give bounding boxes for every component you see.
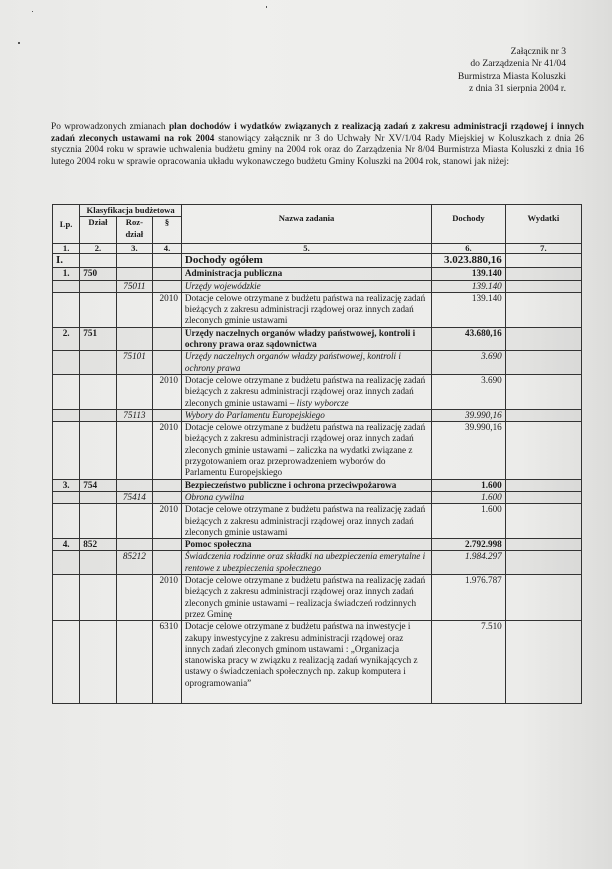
cell-wydatki (505, 409, 581, 421)
cell-lp (53, 351, 80, 375)
cell-paragraf: 2010 (153, 504, 182, 539)
table-row-dzial: 4.852Pomoc społeczna2.792.998 (53, 539, 582, 551)
cell-rozdzial (116, 374, 152, 409)
col-number: 2. (80, 244, 116, 254)
cell-wydatki (505, 621, 581, 704)
cell-paragraf: 2010 (153, 422, 182, 479)
cell-rozdzial (116, 479, 152, 491)
cell-rozdzial: 75113 (116, 409, 152, 421)
cell-dzial (80, 575, 116, 621)
cell-dzial (80, 374, 116, 409)
table-row-rozdzial: 85212Świadczenia rodzinne oraz składki n… (53, 551, 582, 575)
cell-paragraf (153, 409, 182, 421)
cell-dzial (80, 409, 116, 421)
cell-name: Wybory do Parlamentu Europejskiego (181, 409, 431, 421)
cell-dochody: 3.690 (432, 374, 506, 409)
cell-wydatki (505, 575, 581, 621)
task-name: Dotacje celowe otrzymane z budżetu państ… (185, 422, 425, 477)
cell-rozdzial (116, 539, 152, 551)
cell-dzial (80, 280, 116, 292)
cell-dzial (80, 292, 116, 327)
column-number-row: 1. 2. 3. 4. 5. 6. 7. (53, 244, 582, 254)
cell-dochody: 1.600 (432, 479, 506, 491)
task-name: Pomoc społeczna (185, 539, 252, 549)
header-nazwa: Nazwa zadania (181, 205, 431, 244)
task-name: Dotacje celowe otrzymane z budżetu państ… (185, 621, 418, 687)
budget-table: Lp. Klasyfikacja budżetowa Nazwa zadania… (52, 204, 582, 704)
cell-dochody: 3.690 (432, 351, 506, 375)
table-row-dzial: 1.750Administracja publiczna139.140 (53, 268, 582, 280)
cell-paragraf: 6310 (153, 621, 182, 704)
cell-dzial: 754 (80, 479, 116, 491)
header-lp: Lp. (53, 205, 80, 244)
cell-dochody: 139.140 (432, 268, 506, 280)
task-name: Obrona cywilna (185, 492, 244, 502)
cell-lp (53, 504, 80, 539)
table-row-paragraf: 2010Dotacje celowe otrzymane z budżetu p… (53, 292, 582, 327)
intro-paragraph: Po wprowadzonych zmianach plan dochodów … (51, 122, 584, 168)
table-row-dzial: 2.751Urzędy naczelnych organów władzy pa… (53, 327, 582, 351)
cell-paragraf: 2010 (153, 575, 182, 621)
cell-rozdzial: 75011 (116, 280, 152, 292)
cell-rozdzial (116, 292, 152, 327)
cell-empty (116, 254, 152, 268)
cell-wydatki (505, 551, 581, 575)
total-dochody: 3.023.880,16 (432, 254, 506, 268)
cell-dzial (80, 491, 116, 503)
cell-wydatki (505, 491, 581, 503)
total-wydatki (505, 254, 581, 268)
cell-dochody: 2.792.998 (432, 539, 506, 551)
cell-dochody: 139.140 (432, 280, 506, 292)
task-name: Wybory do Parlamentu Europejskiego (185, 410, 325, 420)
cell-lp (53, 280, 80, 292)
cell-rozdzial (116, 575, 152, 621)
cell-wydatki (505, 292, 581, 327)
header-line: z dnia 31 sierpnia 2004 r. (458, 83, 566, 95)
cell-rozdzial (116, 268, 152, 280)
cell-rozdzial (116, 327, 152, 351)
cell-name: Dotacje celowe otrzymane z budżetu państ… (181, 292, 431, 327)
cell-paragraf (153, 539, 182, 551)
header-line: Załącznik nr 3 (458, 46, 566, 58)
cell-lp: 2. (53, 327, 80, 351)
cell-rozdzial: 75414 (116, 491, 152, 503)
cell-name: Dotacje celowe otrzymane z budżetu państ… (181, 422, 431, 479)
scan-speck (18, 42, 20, 44)
scan-speck (32, 11, 33, 12)
intro-lead: Po wprowadzonych zmianach (51, 122, 169, 132)
cell-paragraf (153, 268, 182, 280)
header-rozdzial: Roz-dział (116, 217, 152, 244)
col-number: 3. (116, 244, 152, 254)
col-number: 1. (53, 244, 80, 254)
total-name: Dochody ogółem (181, 254, 431, 268)
task-name-note: listy wyborcze (297, 398, 349, 408)
task-name: Urzędy wojewódzkie (185, 281, 261, 291)
scan-speck (266, 6, 267, 8)
header-wydatki: Wydatki (505, 205, 581, 244)
cell-dzial (80, 504, 116, 539)
task-name: Dotacje celowe otrzymane z budżetu państ… (185, 293, 425, 326)
total-row: I. Dochody ogółem 3.023.880,16 (53, 254, 582, 268)
task-name: Bezpieczeństwo publiczne i ochrona przec… (185, 480, 396, 490)
cell-lp: 3. (53, 479, 80, 491)
cell-lp (53, 409, 80, 421)
cell-name: Świadczenia rodzinne oraz składki na ube… (181, 551, 431, 575)
cell-lp (53, 374, 80, 409)
cell-empty (80, 254, 116, 268)
cell-lp (53, 551, 80, 575)
cell-wydatki (505, 479, 581, 491)
cell-dochody: 1.600 (432, 491, 506, 503)
table-row-rozdzial: 75101Urzędy naczelnych organów władzy pa… (53, 351, 582, 375)
cell-lp: 1. (53, 268, 80, 280)
col-number: 4. (153, 244, 182, 254)
cell-name: Urzędy wojewódzkie (181, 280, 431, 292)
cell-paragraf (153, 351, 182, 375)
cell-wydatki (505, 504, 581, 539)
cell-name: Pomoc społeczna (181, 539, 431, 551)
table-row-paragraf: 2010Dotacje celowe otrzymane z budżetu p… (53, 575, 582, 621)
cell-name: Urzędy naczelnych organów władzy państwo… (181, 327, 431, 351)
cell-dochody: 1.976.787 (432, 575, 506, 621)
cell-dochody: 39.990,16 (432, 409, 506, 421)
cell-dzial (80, 551, 116, 575)
cell-dochody: 1.984.297 (432, 551, 506, 575)
cell-paragraf (153, 327, 182, 351)
cell-lp (53, 422, 80, 479)
cell-name: Administracja publiczna (181, 268, 431, 280)
cell-lp (53, 491, 80, 503)
cell-wydatki (505, 351, 581, 375)
table-row-paragraf: 6310Dotacje celowe otrzymane z budżetu p… (53, 621, 582, 704)
header-klasyfikacja: Klasyfikacja budżetowa (80, 205, 182, 217)
cell-wydatki (505, 374, 581, 409)
header-paragraf: § (153, 217, 182, 244)
cell-lp (53, 621, 80, 704)
cell-dochody: 7.510 (432, 621, 506, 704)
cell-paragraf (153, 479, 182, 491)
table-row-rozdzial: 75414Obrona cywilna1.600 (53, 491, 582, 503)
table-row-rozdzial: 75011Urzędy wojewódzkie139.140 (53, 280, 582, 292)
cell-paragraf: 2010 (153, 374, 182, 409)
cell-name: Dotacje celowe otrzymane z budżetu państ… (181, 575, 431, 621)
cell-paragraf (153, 280, 182, 292)
cell-dzial (80, 351, 116, 375)
cell-lp: 4. (53, 539, 80, 551)
table-row-paragraf: 2010Dotacje celowe otrzymane z budżetu p… (53, 422, 582, 479)
header-dochody: Dochody (432, 205, 506, 244)
cell-wydatki (505, 280, 581, 292)
col-number: 6. (432, 244, 506, 254)
cell-paragraf (153, 551, 182, 575)
task-name: Świadczenia rodzinne oraz składki na ube… (185, 551, 425, 572)
header-dzial: Dział (80, 217, 116, 244)
cell-rozdzial (116, 422, 152, 479)
cell-dzial: 852 (80, 539, 116, 551)
cell-wydatki (505, 268, 581, 280)
cell-rozdzial: 85212 (116, 551, 152, 575)
col-number: 5. (181, 244, 431, 254)
cell-lp (53, 575, 80, 621)
cell-name: Dotacje celowe otrzymane z budżetu państ… (181, 621, 431, 704)
cell-paragraf: 2010 (153, 292, 182, 327)
cell-dzial (80, 621, 116, 704)
cell-dochody: 139.140 (432, 292, 506, 327)
table-row-paragraf: 2010Dotacje celowe otrzymane z budżetu p… (53, 374, 582, 409)
task-name: Dotacje celowe otrzymane z budżetu państ… (185, 575, 425, 619)
cell-dochody: 43.680,16 (432, 327, 506, 351)
cell-dzial: 751 (80, 327, 116, 351)
cell-name: Obrona cywilna (181, 491, 431, 503)
cell-wydatki (505, 539, 581, 551)
cell-lp (53, 292, 80, 327)
cell-empty (153, 254, 182, 268)
scanned-page: Załącznik nr 3 do Zarządzenia Nr 41/04 B… (0, 0, 612, 869)
cell-dochody: 1.600 (432, 504, 506, 539)
cell-rozdzial: 75101 (116, 351, 152, 375)
cell-paragraf (153, 491, 182, 503)
table-row-rozdzial: 75113Wybory do Parlamentu Europejskiego3… (53, 409, 582, 421)
cell-dzial (80, 422, 116, 479)
cell-dochody: 39.990,16 (432, 422, 506, 479)
cell-name: Bezpieczeństwo publiczne i ochrona przec… (181, 479, 431, 491)
cell-rozdzial (116, 621, 152, 704)
task-name: Urzędy naczelnych organów władzy państwo… (185, 351, 401, 372)
header-line: Burmistrza Miasta Koluszki (458, 71, 566, 83)
cell-name: Dotacje celowe otrzymane z budżetu państ… (181, 374, 431, 409)
cell-wydatki (505, 422, 581, 479)
task-name: Urzędy naczelnych organów władzy państwo… (185, 328, 415, 349)
header-line: do Zarządzenia Nr 41/04 (458, 58, 566, 70)
cell-name: Dotacje celowe otrzymane z budżetu państ… (181, 504, 431, 539)
task-name: Dotacje celowe otrzymane z budżetu państ… (185, 504, 425, 537)
cell-rozdzial (116, 504, 152, 539)
task-name: Administracja publiczna (185, 268, 282, 278)
total-lp: I. (53, 254, 80, 268)
col-number: 7. (505, 244, 581, 254)
table-row-paragraf: 2010Dotacje celowe otrzymane z budżetu p… (53, 504, 582, 539)
cell-wydatki (505, 327, 581, 351)
attachment-header: Załącznik nr 3 do Zarządzenia Nr 41/04 B… (458, 46, 566, 96)
cell-dzial: 750 (80, 268, 116, 280)
table-row-dzial: 3.754Bezpieczeństwo publiczne i ochrona … (53, 479, 582, 491)
cell-name: Urzędy naczelnych organów władzy państwo… (181, 351, 431, 375)
